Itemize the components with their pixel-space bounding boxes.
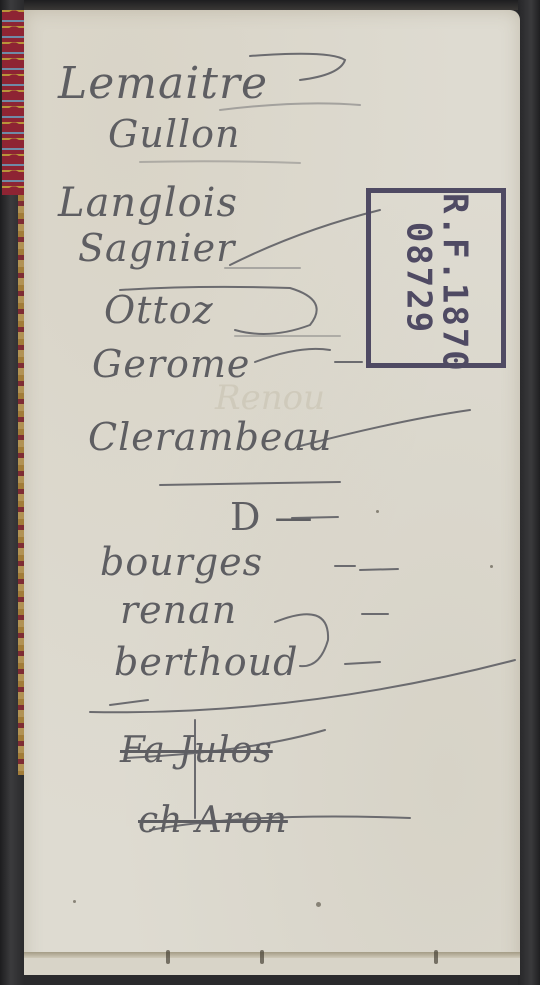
name-entry: renan (120, 588, 237, 632)
name-entry: Clerambeau (88, 415, 333, 459)
cover-top-edge (0, 0, 540, 10)
binding-stitch (166, 950, 170, 964)
crossed-out-entry: ch Aron (138, 800, 288, 841)
cover-right-edge (518, 0, 540, 985)
name-entry: Ottoz (104, 288, 214, 332)
name-entry: Gullon (108, 112, 241, 156)
name-entry: Gerome (92, 342, 250, 386)
stamp-line-1: R.F.1870 (436, 193, 472, 363)
lower-page-edge (24, 958, 520, 975)
binding-stitch (434, 950, 438, 964)
name-entry: Sagnier (78, 226, 235, 270)
name-entry: Lemaitre (58, 58, 268, 109)
crossed-out-entry: Fa Julos (120, 730, 273, 771)
name-entry: Langlois (58, 180, 238, 226)
paper-speck (73, 900, 76, 903)
name-entry: berthoud (114, 640, 298, 684)
binding-stitch (260, 950, 264, 964)
collection-stamp: R.F.1870 08729 (366, 188, 506, 368)
name-entry: bourges (100, 540, 263, 584)
paper-speck (316, 902, 321, 907)
paper-speck (490, 565, 493, 568)
marbled-endpaper (2, 10, 24, 195)
stamp-line-2: 08729 (400, 193, 436, 363)
section-marker: D — (230, 495, 314, 539)
paper-speck (376, 510, 379, 513)
